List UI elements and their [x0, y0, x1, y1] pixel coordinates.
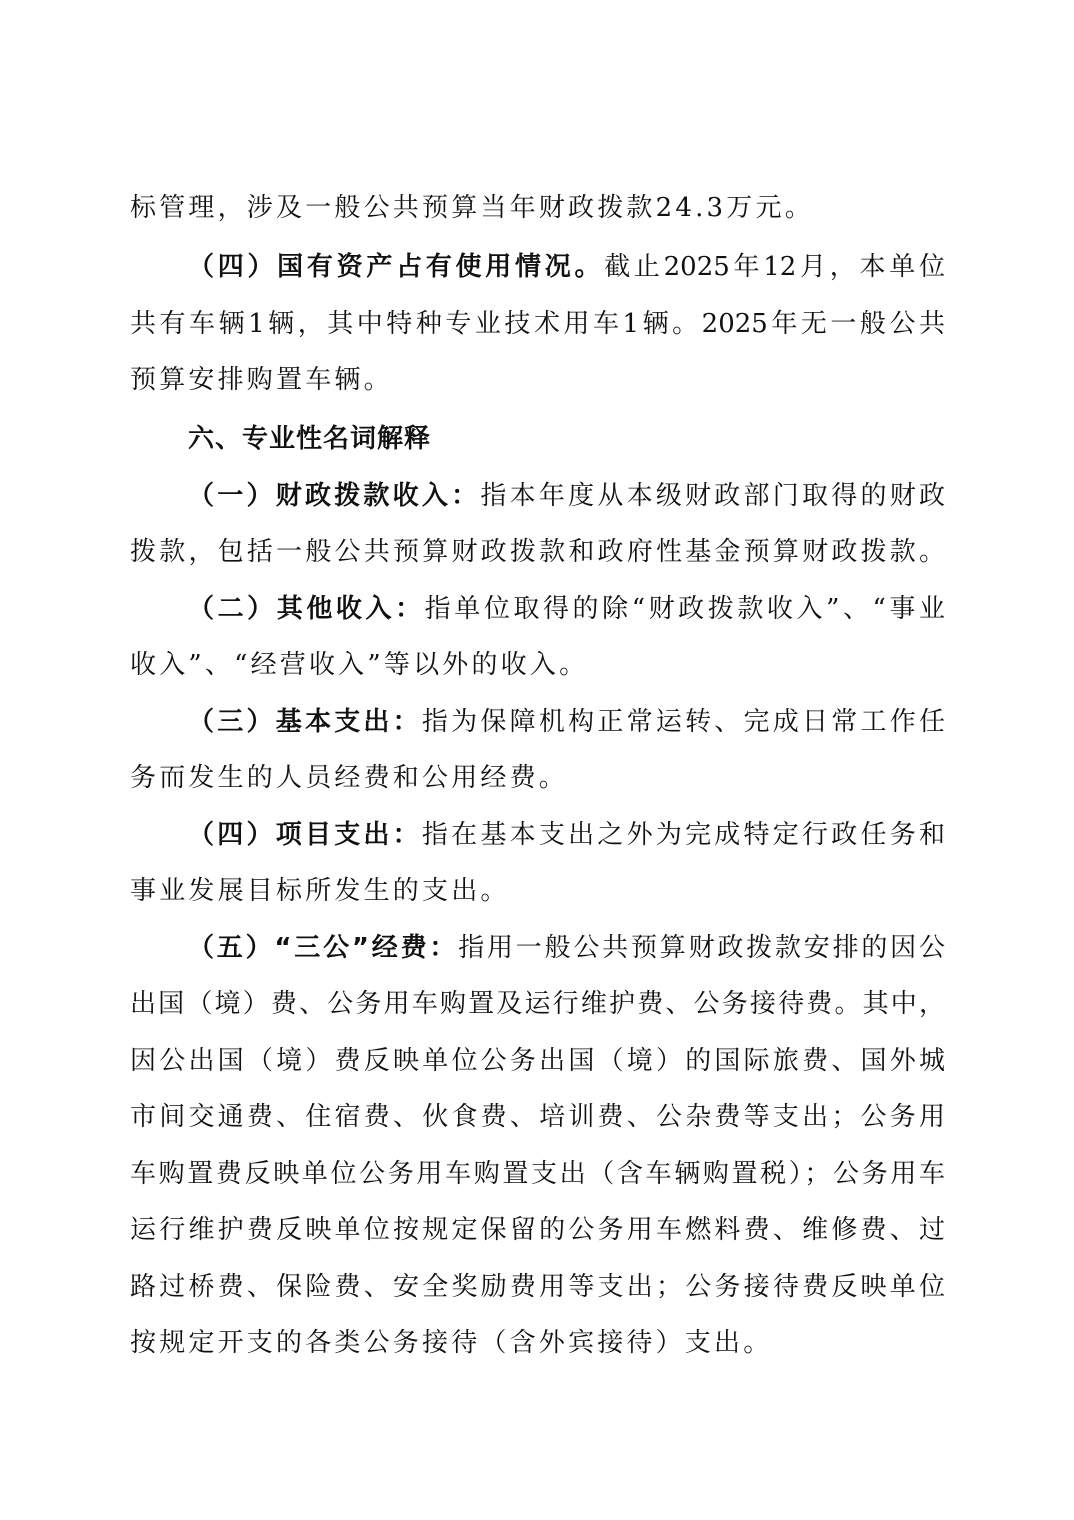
paragraph-line: （四）国有资产占有使用情况。截止2025年12月，本单位 — [188, 252, 945, 282]
paragraph-line: 按规定开支的各类公务接待（含外宾接待）支出。 — [130, 1328, 945, 1358]
paragraph-line: 因公出国（境）费反映单位公务出国（境）的国际旅费、国外城 — [130, 1046, 945, 1076]
paragraph-line: （三）基本支出：指为保障机构正常运转、完成日常工作任 — [188, 707, 945, 737]
definition-text: 指为保障机构正常运转、完成日常工作任 — [422, 707, 945, 737]
term-three-public-expenses: （五）“三公”经费： — [188, 933, 458, 963]
paragraph-line: 拨款，包括一般公共预算财政拨款和政府性基金预算财政拨款。 — [130, 537, 945, 567]
term-other-income: （二）其他收入： — [188, 594, 425, 624]
paragraph-line: 出国（境）费、公务用车购置及运行维护费、公务接待费。其中， — [130, 989, 945, 1019]
paragraph-line: （一）财政拨款收入：指本年度从本级财政部门取得的财政 — [188, 481, 945, 511]
paragraph-line: 收入”、“经营收入”等以外的收入。 — [130, 650, 945, 680]
section-text: 截止2025年12月，本单位 — [604, 252, 945, 282]
paragraph-line: 预算安排购置车辆。 — [130, 365, 945, 395]
definition-text: 指在基本支出之外为完成特定行政任务和 — [422, 820, 945, 850]
definition-text: 指本年度从本级财政部门取得的财政 — [480, 481, 945, 511]
paragraph-line: （二）其他收入：指单位取得的除“财政拨款收入”、“事业 — [188, 594, 945, 624]
paragraph-line: 运行维护费反映单位按规定保留的公务用车燃料费、维修费、过 — [130, 1215, 945, 1245]
paragraph-line: 事业发展目标所发生的支出。 — [130, 876, 945, 906]
paragraph-line: 标管理，涉及一般公共预算当年财政拨款24.3万元。 — [130, 193, 945, 223]
section-term: （四）国有资产占有使用情况。 — [188, 252, 604, 282]
term-financial-appropriation: （一）财政拨款收入： — [188, 481, 480, 511]
paragraph-line: 市间交通费、住宿费、伙食费、培训费、公杂费等支出；公务用 — [130, 1102, 945, 1132]
definition-text: 指用一般公共预算财政拨款安排的因公 — [458, 933, 945, 963]
paragraph-line: 共有车辆1辆，其中特种专业技术用车1辆。2025年无一般公共 — [130, 309, 945, 339]
paragraph-line: （四）项目支出：指在基本支出之外为完成特定行政任务和 — [188, 820, 945, 850]
term-basic-expenditure: （三）基本支出： — [188, 707, 422, 737]
definition-text: 指单位取得的除“财政拨款收入”、“事业 — [425, 594, 945, 624]
paragraph-line: （五）“三公”经费：指用一般公共预算财政拨款安排的因公 — [188, 933, 945, 963]
paragraph-line: 车购置费反映单位公务用车购置支出（含车辆购置税）；公务用车 — [130, 1159, 945, 1189]
paragraph-line: 路过桥费、保险费、安全奖励费用等支出；公务接待费反映单位 — [130, 1272, 945, 1302]
term-project-expenditure: （四）项目支出： — [188, 820, 422, 850]
section-heading: 六、专业性名词解释 — [188, 424, 945, 454]
paragraph-line: 务而发生的人员经费和公用经费。 — [130, 763, 945, 793]
